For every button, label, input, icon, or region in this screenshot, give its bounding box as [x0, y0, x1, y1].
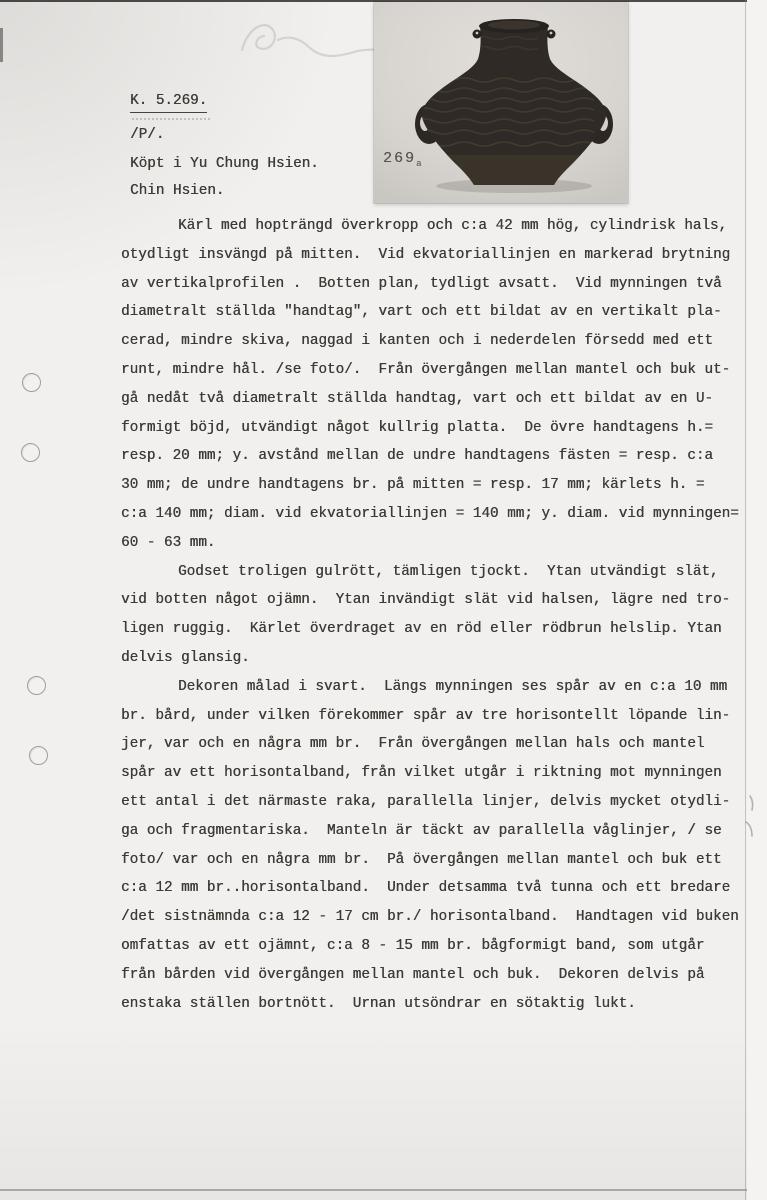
scan-edge-left-mark	[0, 28, 3, 62]
body-line: vid botten något ojämn. Ytan invändigt s…	[121, 586, 761, 615]
body-line: runt, mindre hål. /se foto/. Från övergå…	[121, 356, 761, 385]
body-line: c:a 140 mm; diam. vid ekvatoriallinjen =…	[121, 500, 761, 529]
body-line: cerad, mindre skiva, naggad i kanten och…	[121, 327, 761, 356]
catalog-number: K. 5.269.	[130, 92, 207, 113]
body-line: ett antal i det närmaste raka, parallell…	[121, 788, 761, 817]
body-line: omfattas av ett ojämnt, c:a 8 - 15 mm br…	[121, 932, 761, 961]
punch-hole	[29, 746, 48, 765]
provenance-line: Chin Hsien.	[130, 182, 224, 200]
body-line: otydligt insvängd på mitten. Vid ekvator…	[121, 241, 761, 270]
body-line: foto/ var och en några mm br. På övergån…	[121, 846, 761, 875]
body-line: spår av ett horisontalband, från vilket …	[121, 759, 761, 788]
body-line: av vertikalprofilen . Botten plan, tydli…	[121, 270, 761, 299]
body-line: formigt böjd, utvändigt något kullrig pl…	[121, 414, 761, 443]
paper-shading-bottom	[0, 1020, 767, 1200]
body-line: br. bård, under vilken förekommer spår a…	[121, 702, 761, 731]
punch-hole	[21, 443, 40, 462]
body-line: Dekoren målad i svart. Längs mynningen s…	[121, 673, 761, 702]
body-line: ligen ruggig. Kärlet överdraget av en rö…	[121, 615, 761, 644]
description-text: Kärl med hopträngd överkropp och c:a 42 …	[121, 212, 761, 1018]
urn-image	[374, 2, 628, 203]
scan-edge-bottom	[0, 1189, 767, 1191]
punch-hole	[22, 373, 41, 392]
catalog-number-text: K. 5.269.	[130, 92, 207, 113]
scanned-catalog-page: { "colors": { "paper": "#f1f0ee", "ink":…	[0, 0, 767, 1200]
body-line: c:a 12 mm br..horisontalband. Under dets…	[121, 874, 761, 903]
body-line: enstaka ställen bortnött. Urnan utsöndra…	[121, 990, 761, 1019]
body-line: ga och fragmentariska. Manteln är täckt …	[121, 817, 761, 846]
photo-number-sub: a	[416, 159, 421, 169]
body-line: jer, var och en några mm br. Från övergå…	[121, 730, 761, 759]
body-line: resp. 20 mm; y. avstånd mellan de undre …	[121, 442, 761, 471]
body-line: från bården vid övergången mellan mantel…	[121, 961, 761, 990]
faint-dotted-line	[132, 118, 210, 120]
body-line: /det sistnämnda c:a 12 - 17 cm br./ hori…	[121, 903, 761, 932]
body-line: gå nedåt två diametralt ställda handtag,…	[121, 385, 761, 414]
body-line: 30 mm; de undre handtagens br. på mitten…	[121, 471, 761, 500]
provenance-line: Köpt i Yu Chung Hsien.	[130, 155, 319, 173]
photo-number-label: 269a	[383, 150, 421, 169]
margin-pencil-mark	[738, 792, 760, 842]
body-line: Godset troligen gulrött, tämligen tjockt…	[121, 558, 761, 587]
punch-hole	[27, 676, 46, 695]
body-line: delvis glansig.	[121, 644, 761, 673]
body-line: 60 - 63 mm.	[121, 529, 761, 558]
body-line: diametralt ställda "handtag", vart och e…	[121, 298, 761, 327]
type-mark: /P/.	[130, 126, 164, 144]
body-line: Kärl med hopträngd överkropp och c:a 42 …	[121, 212, 761, 241]
urn-photograph: 269a	[374, 2, 628, 203]
